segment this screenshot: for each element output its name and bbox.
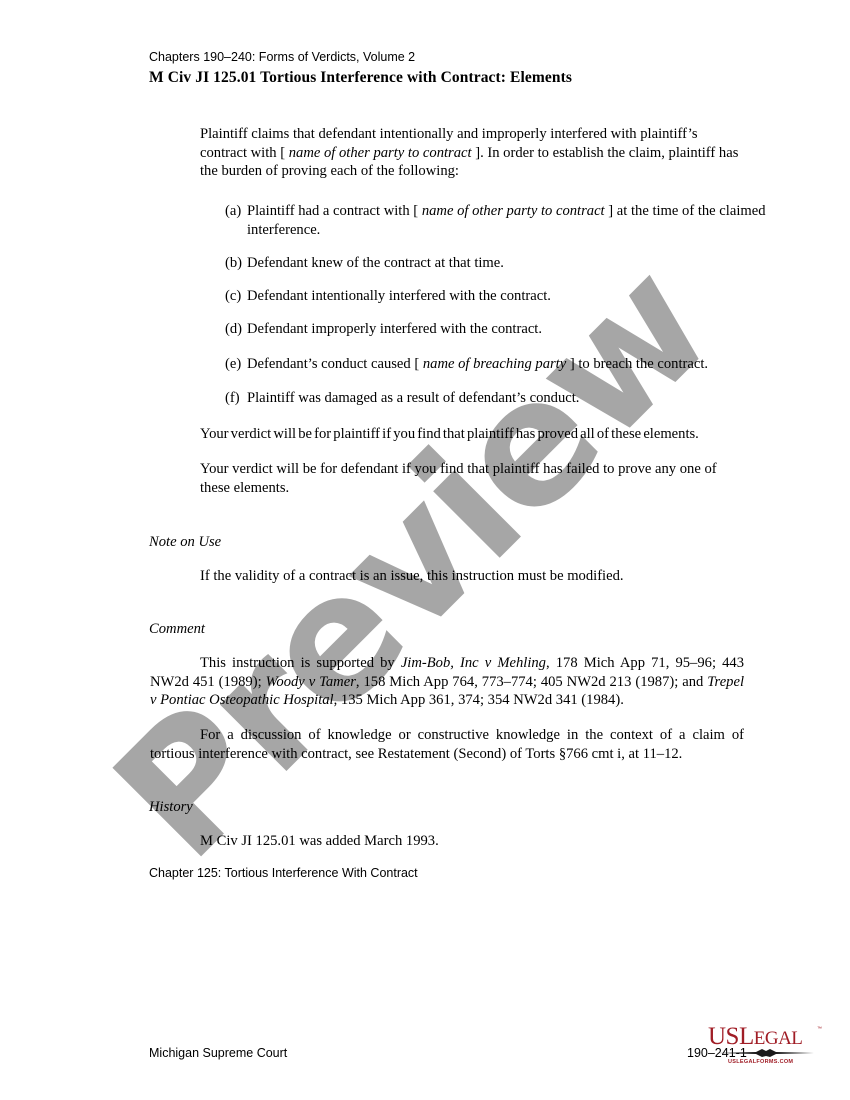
comment-restatement: For a discussion of knowledge or constru…	[150, 726, 744, 763]
eagle-icon	[716, 1049, 816, 1058]
running-footer-chapter: Chapter 125: Tortious Interference With …	[149, 866, 418, 880]
note-on-use-text: If the validity of a contract is an issu…	[200, 567, 760, 586]
placeholder-other-party: name of other party to contract	[289, 145, 472, 161]
placeholder-other-party: name of other party to contract	[422, 203, 605, 219]
element-c: (c)Defendant intentionally interfered wi…	[225, 287, 769, 306]
logo-site: USLEGALFORMS.COM	[728, 1059, 793, 1065]
history-text: M Civ JI 125.01 was added March 1993.	[200, 832, 700, 851]
placeholder-breaching-party: name of breaching party	[423, 356, 566, 372]
instruction-title: M Civ JI 125.01 Tortious Interference wi…	[149, 69, 572, 87]
verdict-defendant-text: Your verdict will be for defendant if yo…	[200, 460, 745, 497]
footer-court: Michigan Supreme Court	[149, 1046, 287, 1060]
instruction-intro: Plaintiff claims that defendant intentio…	[200, 125, 745, 181]
element-a: (a)Plaintiff had a contract with [ name …	[225, 202, 769, 239]
uslegal-logo[interactable]: USLEGAL ™ USLEGALFORMS.COM	[706, 1024, 824, 1068]
comment-heading: Comment	[149, 621, 205, 638]
element-b: (b)Defendant knew of the contract at tha…	[225, 254, 769, 273]
comment-citations: This instruction is supported by Jim-Bob…	[150, 654, 744, 710]
case-name: Woody v Tamer	[266, 674, 356, 690]
logo-wordmark: USLEGAL	[708, 1024, 802, 1052]
history-heading: History	[149, 799, 193, 816]
element-e: (e)Defendant’s conduct caused [ name of …	[225, 355, 769, 374]
running-header-chapter: Chapters 190–240: Forms of Verdicts, Vol…	[149, 50, 415, 64]
trademark-symbol: ™	[817, 1026, 822, 1032]
element-d: (d)Defendant improperly interfered with …	[225, 320, 769, 339]
element-f: (f)Plaintiff was damaged as a result of …	[225, 389, 769, 408]
note-on-use-heading: Note on Use	[149, 534, 221, 551]
document-page: Preview Chapters 190–240: Forms of Verdi…	[0, 0, 850, 1100]
verdict-plaintiff-text: Your verdict will be for plaintiff if yo…	[200, 425, 760, 444]
case-name: Jim-Bob, Inc v Mehling	[401, 655, 546, 671]
page-content: Chapters 190–240: Forms of Verdicts, Vol…	[0, 0, 850, 1100]
